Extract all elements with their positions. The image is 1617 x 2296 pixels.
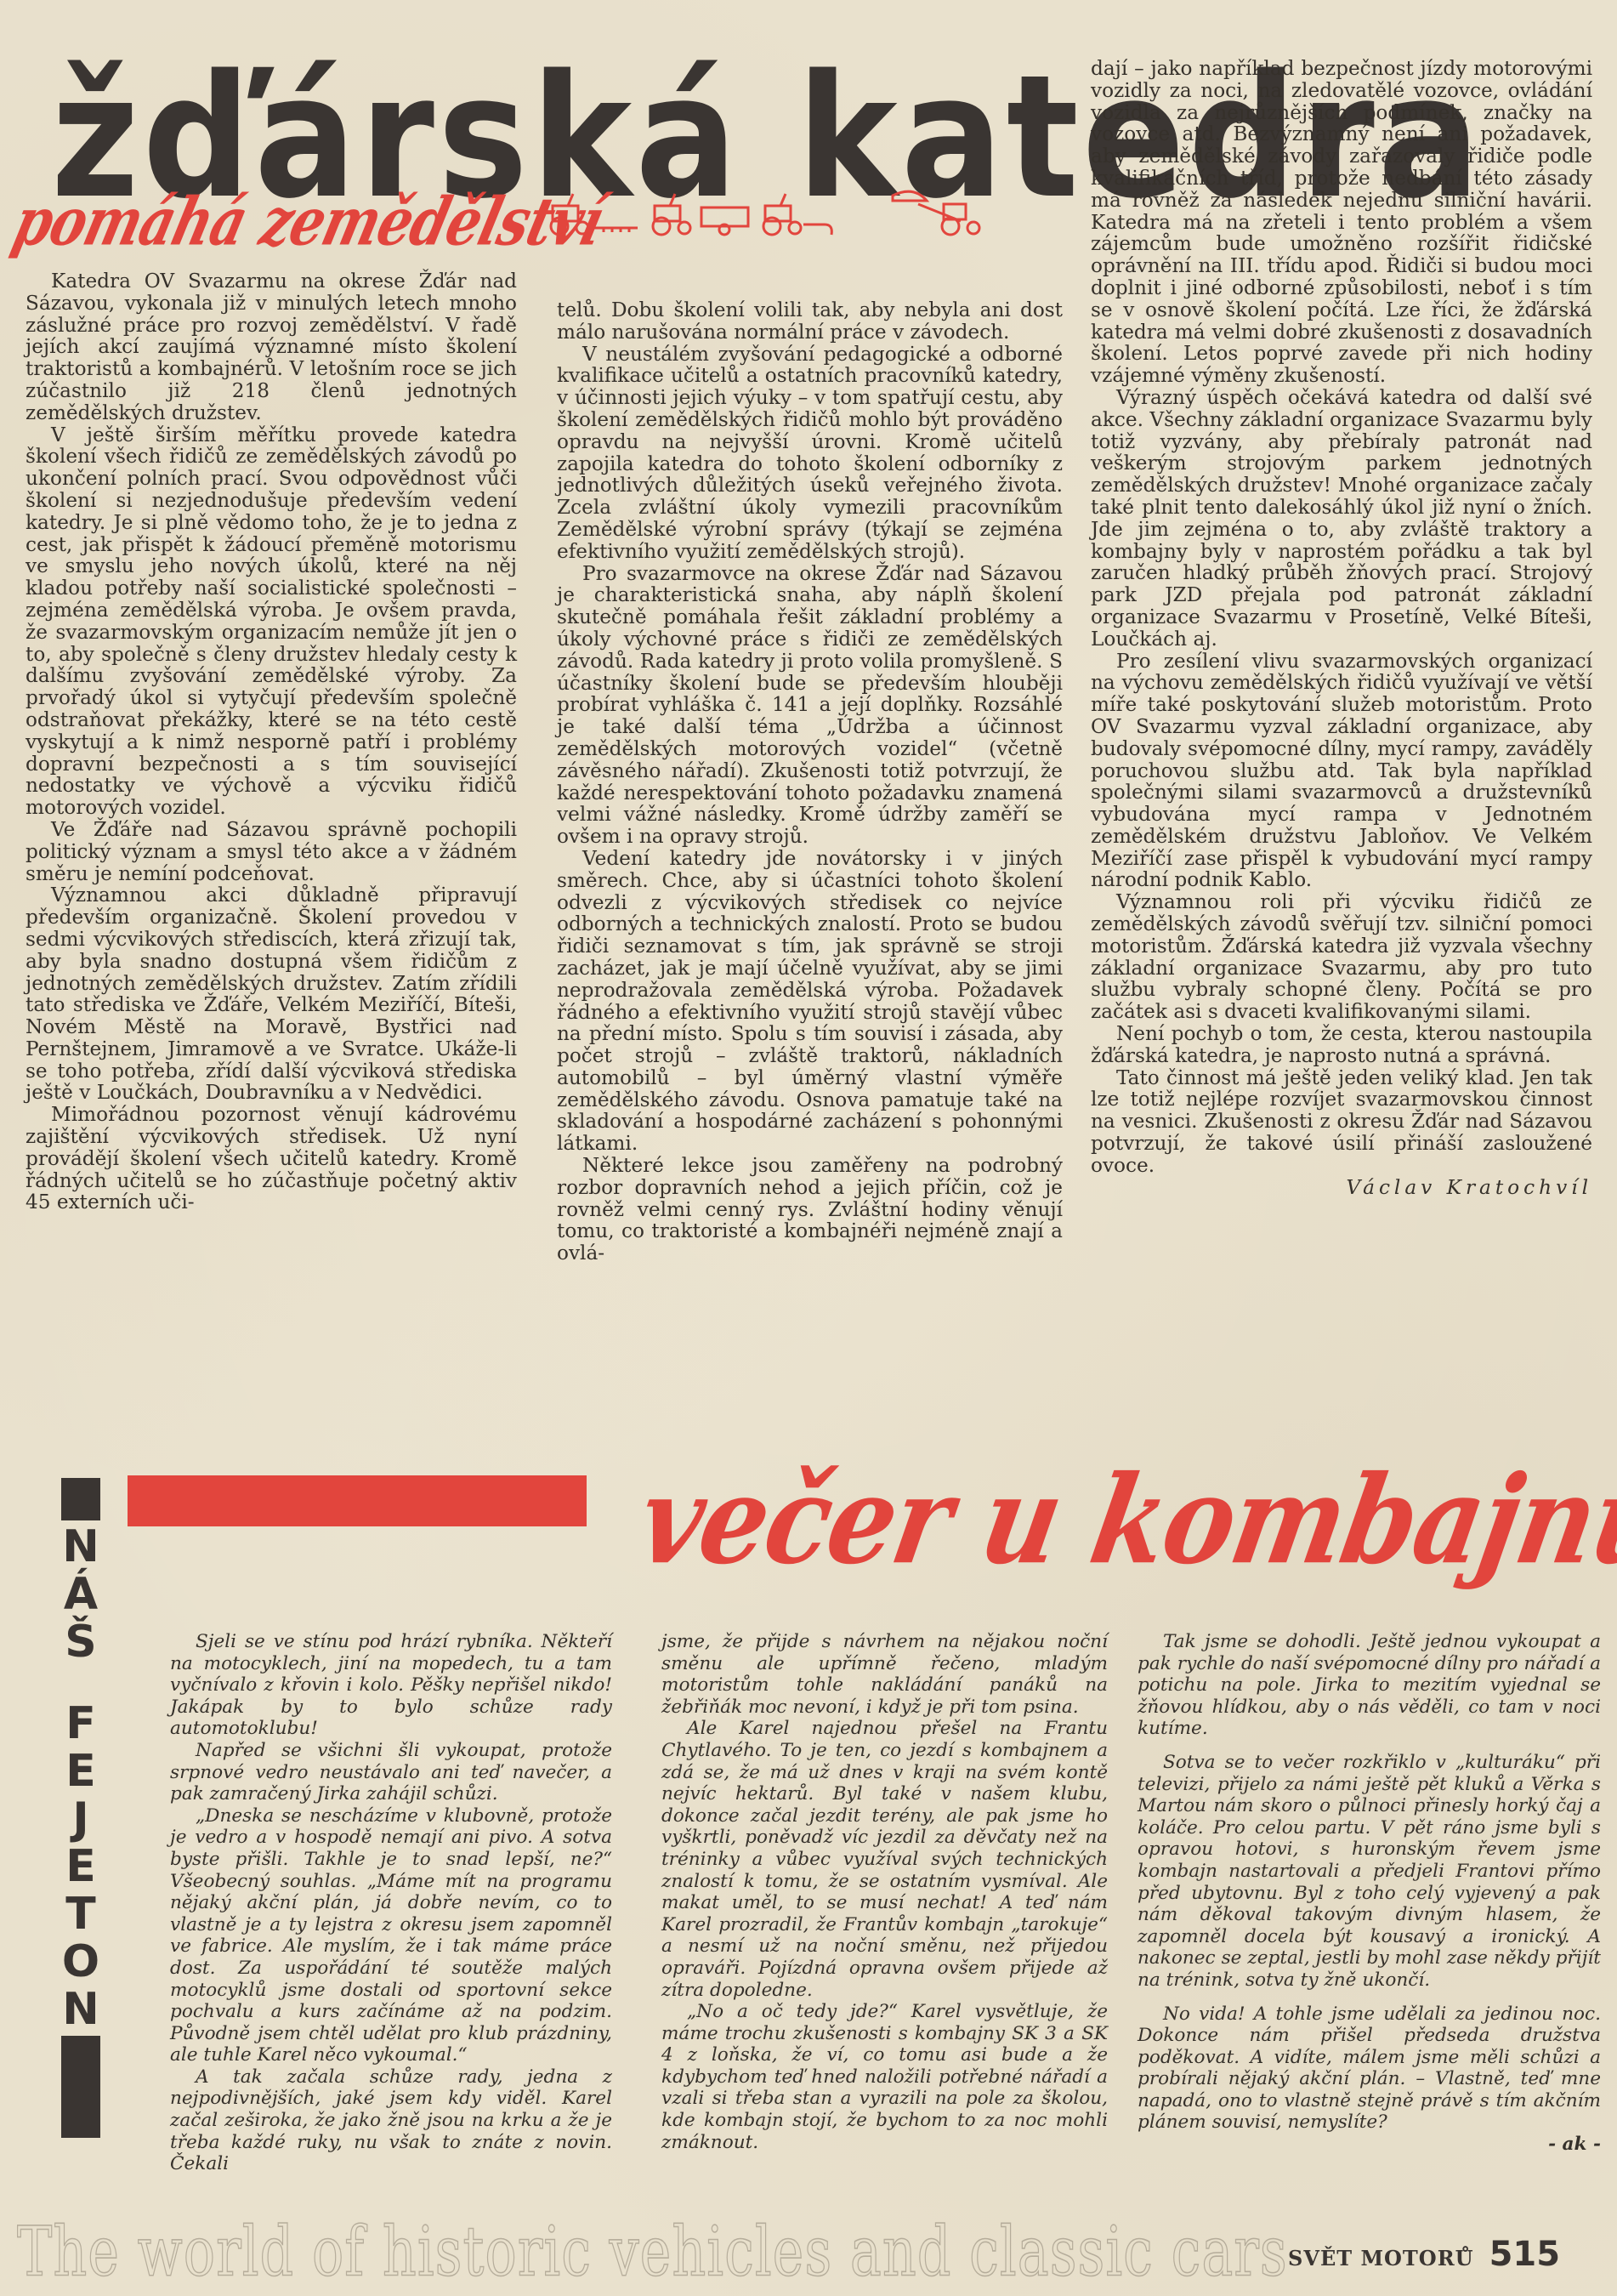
paragraph: Katedra OV Svazarmu na okrese Žďár nad S… (26, 270, 517, 424)
paragraph: No vida! A tohle jsme udělali za jedinou… (1138, 2003, 1601, 2134)
label-block-decoration (61, 1478, 100, 1520)
article1-subtitle: pomáhá zemědělství (6, 183, 610, 260)
paragraph: Některé lekce jsou zaměřeny na podrobný … (557, 1155, 1063, 1265)
page-footer: SVĚT MOTORŮ 515 (1288, 2235, 1560, 2274)
article2-author: - ak - (1138, 2134, 1601, 2156)
article2-column-1: Sjeli se ve stínu pod hrází rybníka. Něk… (170, 1631, 612, 2175)
paragraph: Výrazný úspěch očekává katedra od další … (1091, 387, 1592, 651)
paragraph: Vedení katedry jde novátorsky i v jiných… (557, 848, 1063, 1155)
paragraph: jsme, že přijde s návrhem na nějakou noč… (661, 1631, 1108, 1718)
paragraph: Ve Žďáře nad Sázavou správně pochopili p… (26, 819, 517, 884)
label-block-decoration (61, 2036, 100, 2138)
paragraph: dají – jako například bezpečnost jízdy m… (1091, 58, 1592, 387)
paragraph: Tak jsme se dohodli. Ještě jednou vykoup… (1138, 1631, 1601, 1740)
magazine-name: SVĚT MOTORŮ (1288, 2246, 1474, 2270)
paragraph: A tak začala schůze rady, jedna z nejpod… (170, 2066, 612, 2175)
paragraph: Napřed se všichni šli vykoupat, protože … (170, 1740, 612, 1805)
article2-column-2: jsme, že přijde s návrhem na nějakou noč… (661, 1631, 1108, 2153)
article1-author: Václav Kratochvíl (1091, 1177, 1592, 1199)
paragraph: Pro svazarmovce na okrese Žďár nad Sázav… (557, 563, 1063, 848)
paragraph: „No a oč tedy jde?“ Karel vysvětluje, že… (661, 2001, 1108, 2153)
paragraph: Mimořádnou pozornost věnují kádrovému za… (26, 1104, 517, 1213)
paragraph: Pro zesílení vlivu svazarmovských organi… (1091, 651, 1592, 892)
paragraph: V neustálém zvyšování pedagogické a odbo… (557, 344, 1063, 563)
article2-title: večer u kombajnu (630, 1450, 1617, 1592)
paragraph: Významnou roli při výcviku řidičů ze zem… (1091, 891, 1592, 1023)
article1-column-1: Katedra OV Svazarmu na okrese Žďár nad S… (26, 270, 517, 1213)
paragraph: V ještě širším měřítku provede katedra š… (26, 424, 517, 819)
paragraph: „Dneska se nescházíme v klubovně, protož… (170, 1805, 612, 2066)
paragraph: Sotva se to večer rozkřiklo v „kulturáku… (1138, 1752, 1601, 1992)
section-label-text: NÁŠFEJETON (62, 1523, 99, 2033)
paragraph: Sjeli se ve stínu pod hrází rybníka. Něk… (170, 1631, 612, 1740)
watermark-text: The world of historic vehicles and class… (17, 2211, 1288, 2292)
article2-column-3: Tak jsme se dohodli. Ještě jednou vykoup… (1138, 1631, 1601, 2156)
paragraph: Tato činnost má ještě jeden veliký klad.… (1091, 1067, 1592, 1177)
article1-column-2: telů. Dobu školení volili tak, aby nebyl… (557, 299, 1063, 1265)
paragraph: Významnou akci důkladně připravují přede… (26, 884, 517, 1104)
tractors-and-combines-row-icon (544, 187, 1054, 238)
article1-column-3: dají – jako například bezpečnost jízdy m… (1091, 58, 1592, 1198)
paragraph: Není pochyb o tom, že cesta, kterou nast… (1091, 1023, 1592, 1067)
red-accent-bar (128, 1475, 587, 1526)
page-number: 515 (1489, 2235, 1561, 2274)
section-label-nas-fejeton: NÁŠFEJETON NÁŠ FEJETON (60, 1475, 102, 2140)
paragraph: telů. Dobu školení volili tak, aby nebyl… (557, 299, 1063, 344)
paragraph: Ale Karel najednou přešel na Frantu Chyt… (661, 1718, 1108, 2001)
